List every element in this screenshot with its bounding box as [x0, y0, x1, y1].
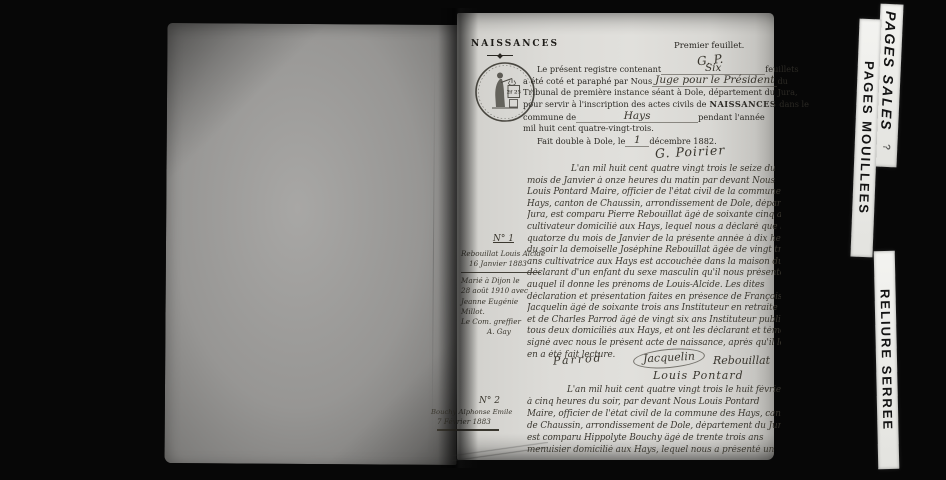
act-name: Rebouillat Louis Alcide	[461, 249, 551, 258]
naissances-stamp-title: NAISSANCES	[471, 39, 559, 49]
act-line: L'an mil huit cent quatre vingt trois le…	[527, 385, 781, 397]
signature-parrod: Parrod	[553, 351, 603, 367]
act-line: ans cultivatrice aux Hays est accouchée …	[527, 257, 781, 269]
act-line: du soir la demoiselle Joséphine Rebouill…	[527, 245, 781, 257]
act-line: signé avec nous le présent acte de naiss…	[527, 338, 781, 350]
handwritten-mark: ?	[880, 143, 891, 152]
signature-rebouillat: Rebouillat	[713, 354, 770, 367]
act-number: N° 1	[493, 234, 551, 244]
margin-note-1: N° 1 Rebouillat Louis Alcide 16 Janvier …	[461, 234, 551, 338]
act-line: cultivateur domicilié aux Hays, lequel n…	[527, 222, 781, 234]
form-line-6: mil huit cent quatre-vingt-trois.	[523, 123, 777, 133]
birth-act-1-text: L'an mil huit cent quatre vingt trois le…	[527, 164, 781, 361]
act-line: mois de Janvier à onze heures du matin p…	[527, 176, 781, 188]
revenue-stamp-value: 2f 25	[507, 90, 522, 96]
act-line: Maire, officier de l'état civil de la co…	[527, 409, 781, 421]
act-line: déclarant d'un enfant du sexe masculin q…	[527, 268, 781, 280]
act-line: auquel il donne les prénoms de Louis-Alc…	[527, 280, 781, 292]
margin-rule	[437, 429, 499, 431]
act-line: L'an mil huit cent quatre vingt trois le…	[527, 164, 781, 176]
act-line: Jacquelin âgé de soixante trois ans Inst…	[527, 303, 781, 315]
sheet-number-label: Premier feuillet.	[674, 41, 744, 51]
mention-line: Le Com. greffier	[461, 317, 551, 327]
act-line: et de Charles Parrod âgé de vingt six an…	[527, 315, 781, 327]
mention-line: Jeanne Eugénie	[461, 297, 551, 307]
act-line: de Chaussin, arrondissement de Dole, dép…	[527, 421, 781, 433]
marriage-mention: Marié à Dijon le28 août 1910 avecJeanne …	[461, 276, 551, 338]
act-date: 16 Janvier 1883	[469, 259, 551, 268]
mention-line: Marié à Dijon le	[461, 276, 551, 286]
form-line-4: pour servir à l'inscription des actes ci…	[523, 99, 777, 109]
birth-act-2-text: L'an mil huit cent quatre vingt trois le…	[527, 385, 781, 456]
margin-rule	[461, 272, 541, 273]
handwritten-fill: 1	[625, 134, 649, 147]
left-page-blank	[164, 23, 459, 465]
handwritten-fill: Hays	[576, 110, 698, 123]
judge-signature: G. Poirier	[655, 142, 726, 161]
ornament-rule-icon	[487, 53, 513, 58]
mention-line: Millot.	[461, 307, 551, 317]
form-line-3: Tribunal de première instance séant à Do…	[523, 87, 777, 97]
mention-line: 28 août 1910 avec	[461, 286, 551, 296]
act-line: tous deux domiciliés aux Hays, et ont le…	[527, 326, 781, 338]
act-date: 7 Février 1883	[437, 417, 535, 426]
signature-mayor: Louis Pontard	[653, 369, 744, 382]
act-number: N° 2	[479, 396, 535, 406]
mention-line: A. Gay	[487, 327, 551, 337]
act-line: est comparu Hippolyte Bouchy âgé de tren…	[527, 433, 781, 445]
label-pages-mouillees: PAGES MOUILLEES	[850, 19, 881, 258]
margin-note-2: N° 2 Bouchy Alphonse Emile 7 Février 188…	[431, 396, 535, 431]
act-line: quatorze du mois de Janvier de la présen…	[527, 234, 781, 246]
act-line: à cinq heures du soir, par devant Nous L…	[527, 397, 781, 409]
scanned-register-view: NAISSANCES 2f 25 Premier feuillet. G. P.…	[0, 0, 946, 480]
right-page: NAISSANCES 2f 25 Premier feuillet. G. P.…	[457, 13, 774, 460]
act-line: menuisier domicilié aux Hays, lequel nou…	[527, 445, 781, 457]
act-line: déclaration et présentation faites en pr…	[527, 292, 781, 304]
signature-jacquelin: Jacquelin	[643, 350, 695, 366]
act-line: Hays, canton de Chaussin, arrondissement…	[527, 199, 781, 211]
act-line: Louis Pontard Maire, officier de l'état …	[527, 187, 781, 199]
label-reliure-serree: RELIURE SERREE	[874, 251, 900, 469]
act-line: Jura, est comparu Pierre Rebouillat âgé …	[527, 210, 781, 222]
act-name: Bouchy Alphonse Emile	[431, 408, 535, 416]
act-1-signatures: Parrod Jacquelin Rebouillat Louis Pontar…	[527, 350, 779, 384]
handwritten-fill: Juge pour le Président	[652, 74, 777, 87]
